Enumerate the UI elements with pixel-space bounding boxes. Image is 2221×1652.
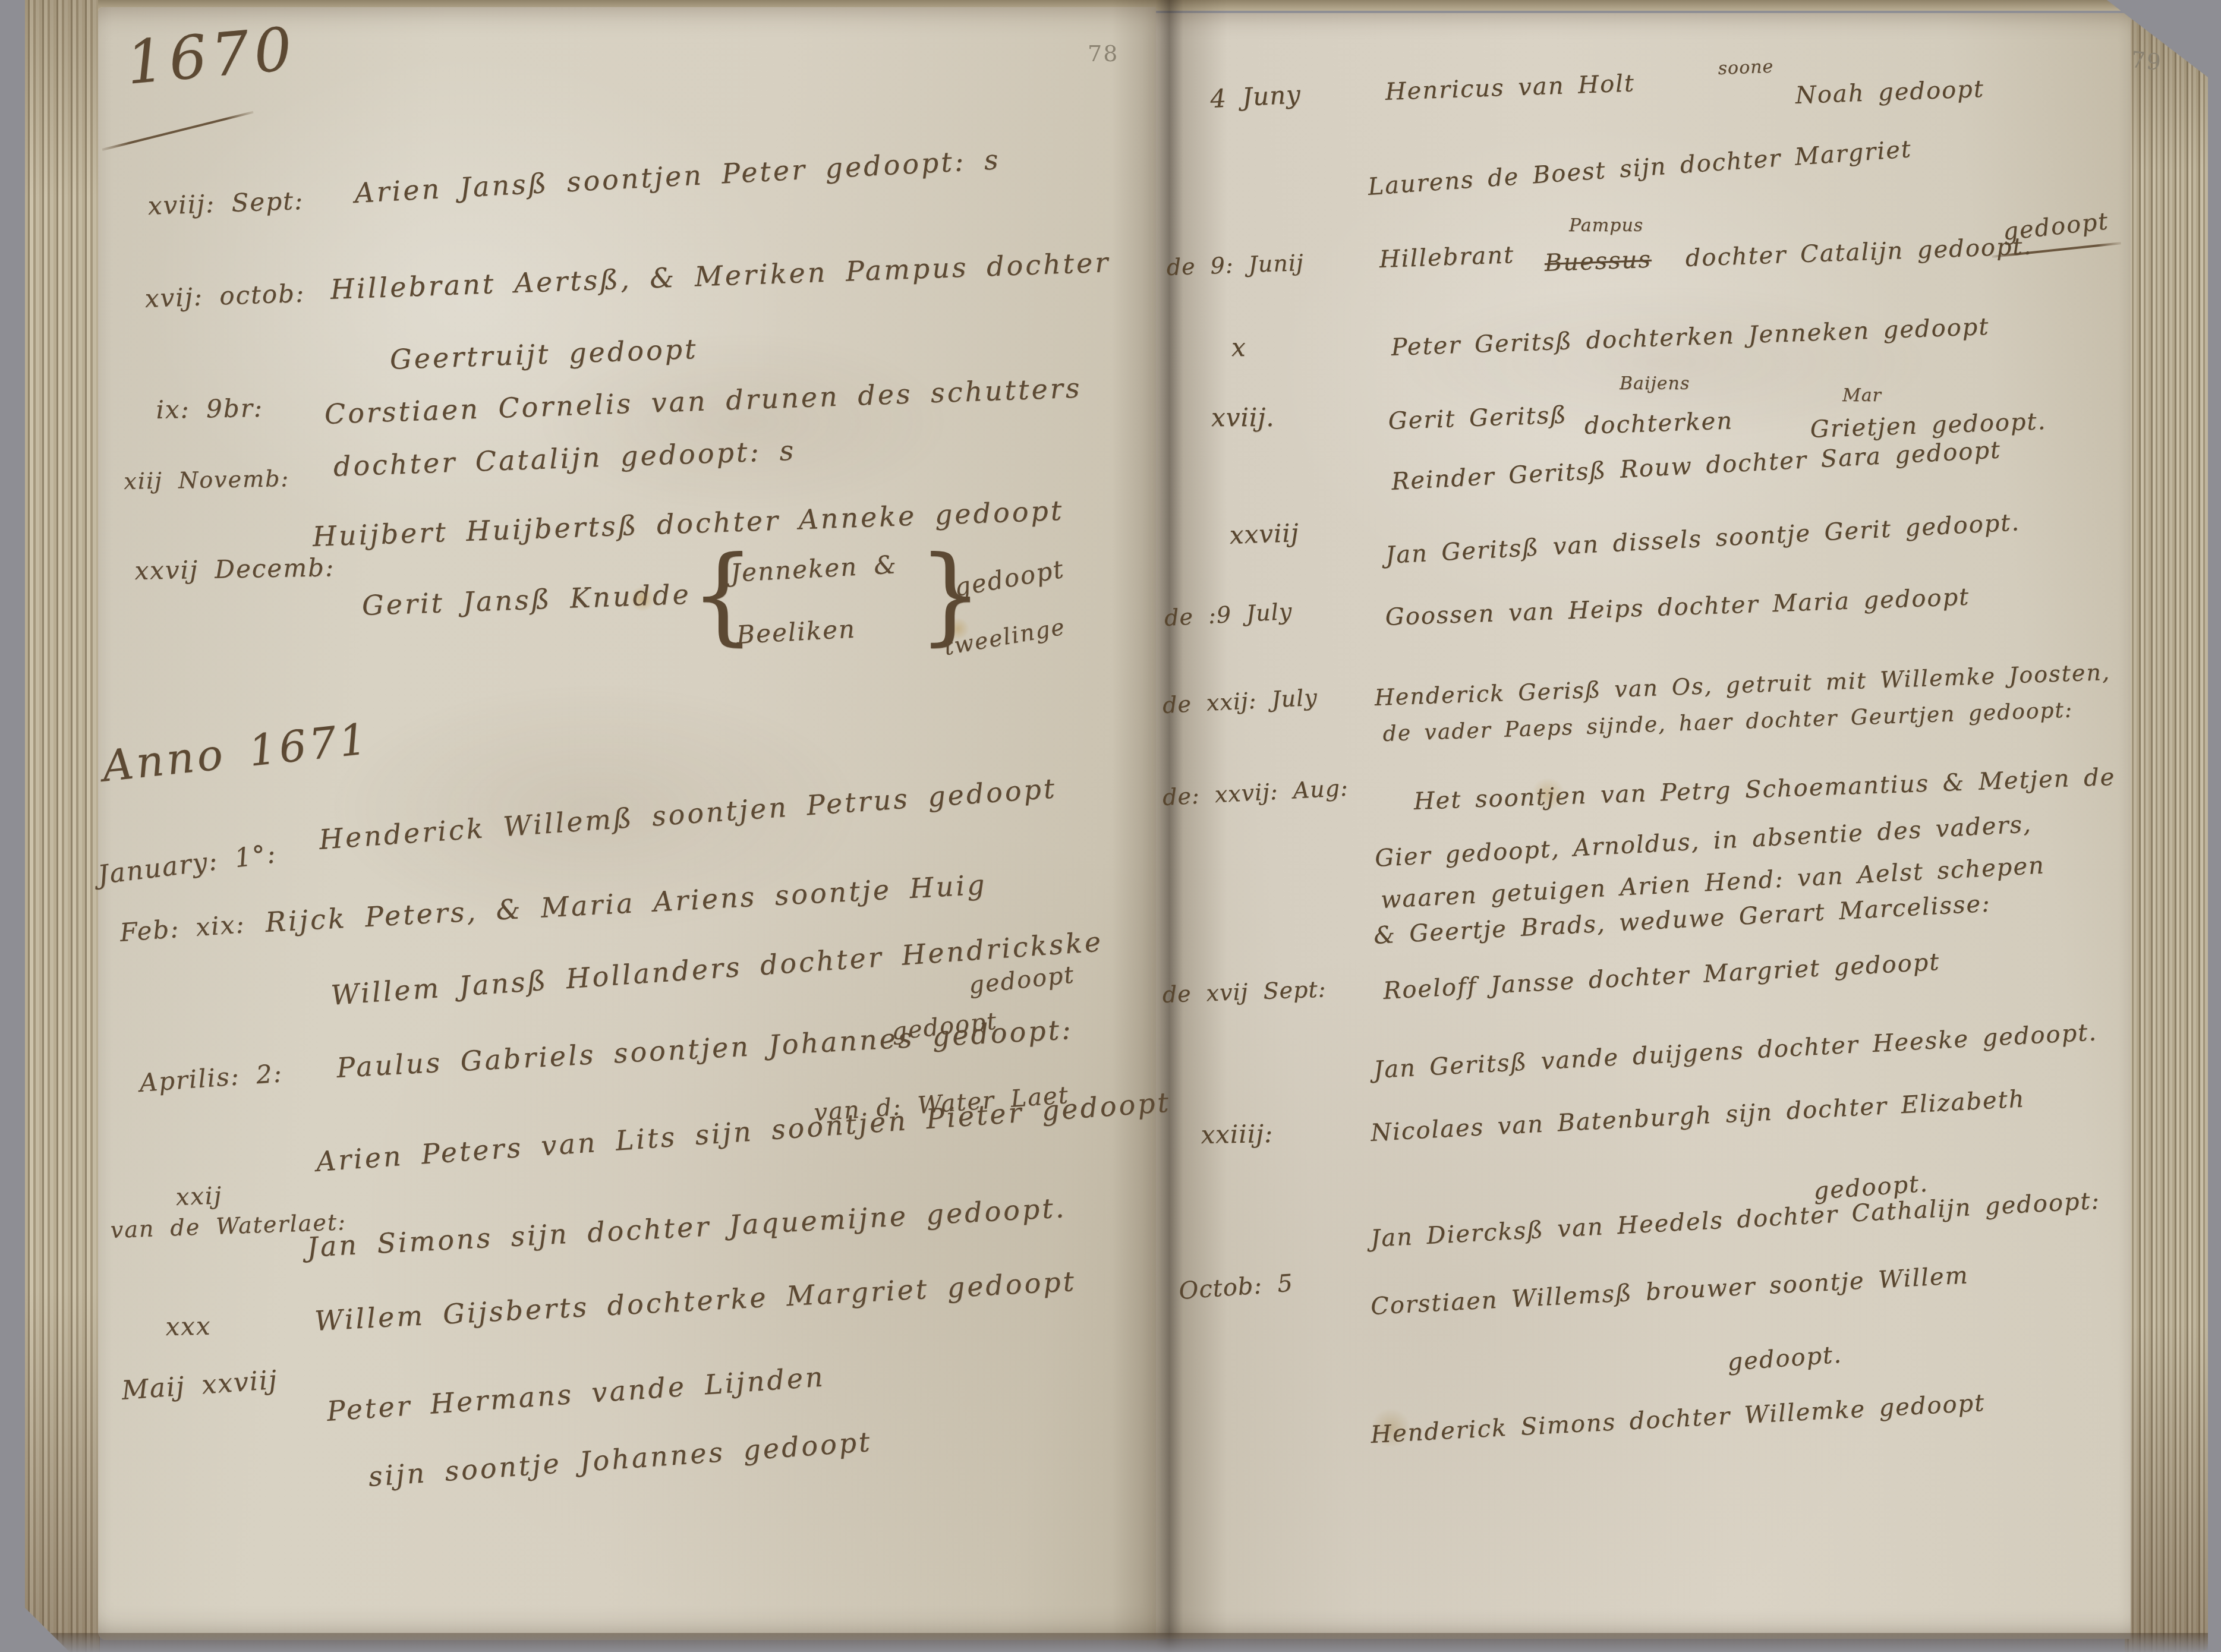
entry-date: x [1231,333,1246,362]
year-heading: 1670 [124,14,300,98]
entry-date: xxiiij: [1201,1119,1274,1149]
page-number-left: 78 [1088,40,1119,67]
entry-date: 4 Juny [1209,80,1302,114]
entry-date: xxviij [1229,518,1300,550]
twin-name: Beeliken [736,614,856,649]
entry-date: xviij. [1211,403,1275,432]
interlinear-word: Baijens [1620,373,1690,394]
book-bottom-shadow [24,1633,2208,1652]
entry-line: dochterken [1584,407,1734,440]
entry-date: xxx [165,1311,212,1341]
book-fore-edge-right [2125,8,2208,1652]
entry-date: xxvij Decemb: [134,553,335,585]
entry-line: Hillebrant [1379,241,1515,273]
struck-word: Buessus [1544,246,1652,277]
entry-date: xxij [175,1182,223,1211]
book-gutter [1111,0,1227,1652]
manuscript-photo: 78 1670 xviij: Sept: Arien Jansß soontje… [0,0,2221,1652]
book-fore-edge-left [25,0,100,1652]
interlinear-word: Mar [1842,385,1882,406]
entry-date: xviij: Sept: [147,186,304,220]
entry-date: de 9: Junij [1166,250,1304,280]
interlinear-word: soone [1718,56,1774,79]
page-number-right: 79 [2129,46,2163,75]
entry-date: xvij: octob: [144,279,305,313]
entry-date: ix: 9br: [156,393,263,424]
interlinear-word: Pampus [1569,215,1643,236]
entry-date: xiij Novemb: [124,465,290,494]
